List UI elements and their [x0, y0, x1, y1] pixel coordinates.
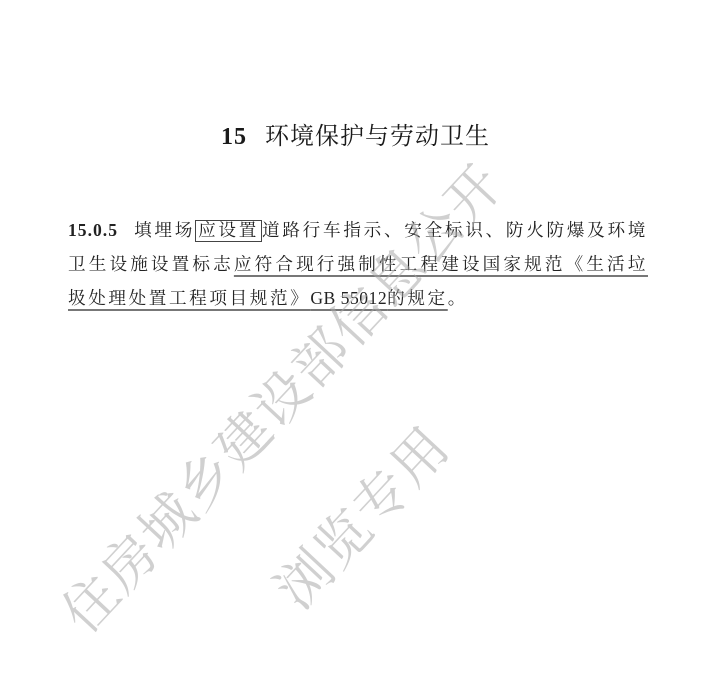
chapter-title: 环境保护与劳动卫生 — [265, 122, 490, 150]
reference-suffix: 的规定 — [387, 289, 448, 309]
clause-ending: 。 — [448, 289, 468, 309]
clause-paragraph: 15.0.5填埋场应设置道路行车指示、安全标识、防火防爆及环境卫生设施设置标志应… — [68, 214, 648, 317]
watermark-line-2: 浏览专用 — [256, 407, 465, 623]
clause-text-before: 填埋场 — [134, 221, 195, 241]
document-page: 15环境保护与劳动卫生 15.0.5填埋场应设置道路行车指示、安全标识、防火防爆… — [0, 0, 711, 682]
boxed-requirement-term: 应设置 — [195, 220, 262, 242]
chapter-heading: 15环境保护与劳动卫生 — [0, 116, 711, 151]
clause-number: 15.0.5 — [68, 220, 118, 240]
chapter-number: 15 — [221, 124, 247, 150]
reference-code: GB 55012 — [310, 288, 387, 308]
